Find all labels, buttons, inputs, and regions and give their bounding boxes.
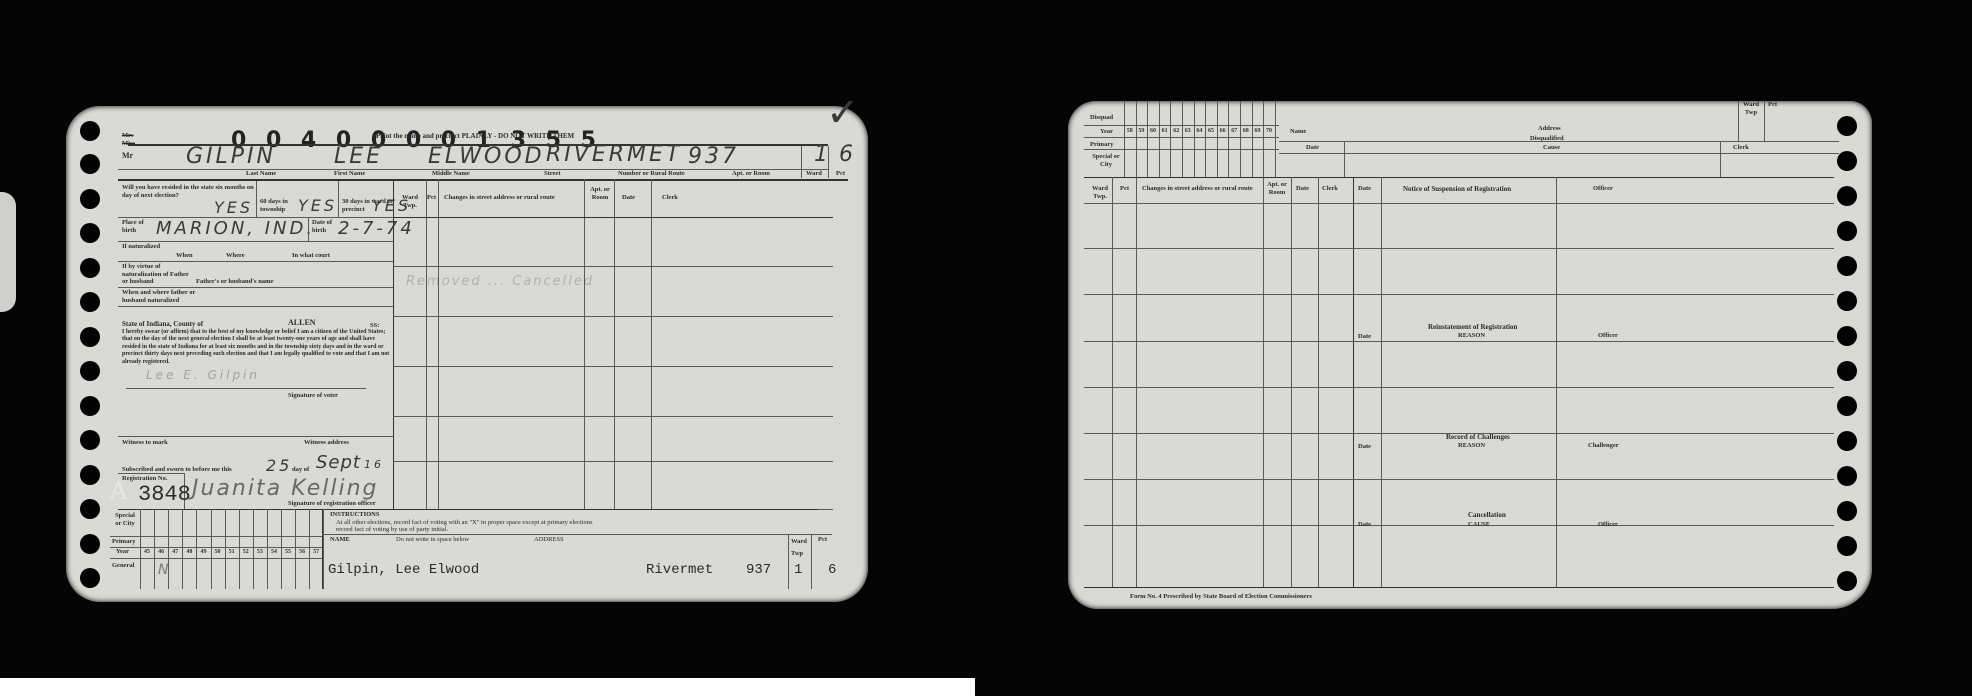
vote-year-label: 51 (226, 549, 238, 555)
punch-hole (1837, 326, 1857, 346)
q-state-label: Will you have resided in the state six m… (122, 184, 262, 199)
oath-text: I hereby swear (or affirm) that to the b… (122, 329, 390, 366)
punch-hole (1837, 361, 1857, 381)
challenges-date-label: Date (1358, 443, 1371, 451)
street-value: RIVERMET (546, 142, 682, 167)
vote-year-label: 47 (169, 549, 181, 555)
checkmark: ✓ (826, 90, 863, 136)
vote-year-label: 60 (1148, 128, 1158, 134)
instr-name-label: NAME (330, 536, 350, 544)
pct-value: 6 (839, 142, 856, 167)
punch-hole (80, 327, 100, 347)
back-changes-address: Changes in street address or rural route (1142, 185, 1253, 193)
cancellation-title: Cancellation (1468, 511, 1506, 520)
changes-header-address: Changes in street address or rural route (444, 194, 555, 202)
pct-label: Pct (836, 170, 845, 178)
vote-year-label: 66 (1218, 128, 1228, 134)
reinstatement-officer-label: Officer (1598, 332, 1618, 340)
vote-year-label: 54 (268, 549, 280, 555)
punch-hole (1837, 536, 1857, 556)
changes-header-date: Date (622, 194, 635, 202)
last-name-value: GILPIN (186, 144, 276, 169)
instr-address-label: ADDRESS (534, 536, 564, 544)
transfer-ward-label: Ward Twp (1741, 101, 1761, 116)
vote-year-label: 64 (1195, 128, 1205, 134)
back-row-disqualified: Disquad (1090, 114, 1113, 122)
title-prefix: Mr (122, 151, 133, 160)
vote-year-label: 69 (1253, 128, 1263, 134)
street-label: Street (544, 170, 560, 178)
changes-header-pct: Pct (427, 194, 436, 202)
transfer-clerk-label: Clerk (1733, 144, 1749, 152)
suspension-title: Notice of Suspension of Registration (1403, 185, 1511, 194)
punch-hole (80, 189, 100, 209)
vote-year-label: 46 (155, 549, 167, 555)
nat-court-label: In what court (292, 252, 330, 260)
scan-margin (0, 678, 975, 696)
vote-row-general: General (112, 562, 134, 570)
general-vote-mark: N (158, 562, 171, 578)
reinstatement-date-label: Date (1358, 333, 1371, 341)
middle-name-label: Middle Name (432, 170, 470, 178)
back-row-primary: Primary (1090, 141, 1113, 149)
back-row-special: Special or City (1092, 153, 1120, 168)
vote-year-label: 65 (1206, 128, 1216, 134)
father-name-label: Father's or husband's name (196, 278, 273, 286)
q-state-value: YES (214, 198, 253, 217)
last-name-label: Last Name (246, 170, 276, 178)
cancellation-cause-label: CAUSE (1468, 521, 1490, 529)
witness-mark-label: Witness to mark (122, 439, 168, 447)
vote-year-label: 70 (1264, 128, 1274, 134)
first-name-value: LEE (334, 144, 383, 169)
instructions-line2: record fact of voting by use of party in… (336, 526, 448, 534)
transfer-cause-label: Cause (1543, 144, 1560, 152)
month-value: Sept (316, 452, 361, 473)
vote-row-primary: Primary (112, 538, 135, 546)
birth-place-value: MARION, IND. (156, 218, 315, 239)
changes-faint-entry: Removed ... Cancelled (406, 274, 594, 289)
challenges-reason-label: REASON (1458, 442, 1485, 450)
changes-header-clerk: Clerk (662, 194, 678, 202)
vote-year-label: 59 (1137, 128, 1147, 134)
suspension-officer-label: Officer (1593, 185, 1613, 193)
back-changes-ward: Ward Twp. (1088, 185, 1112, 200)
apt-label: Apt. or Room (732, 170, 770, 178)
typed-ward: 1 (794, 562, 802, 578)
officer-signature: Juanita Kelling (192, 476, 379, 501)
vote-year-label: 58 (1125, 128, 1135, 134)
punch-hole (1837, 151, 1857, 171)
punch-hole (1837, 291, 1857, 311)
punch-hole (1837, 396, 1857, 416)
punch-hole (1837, 256, 1857, 276)
witness-address-label: Witness address (304, 439, 349, 447)
day-value: 25 (266, 456, 292, 475)
suspension-date-label: Date (1358, 185, 1371, 193)
punch-hole (80, 154, 100, 174)
middle-name-value: ELWOOD (428, 144, 545, 169)
vote-year-label: 61 (1160, 128, 1170, 134)
punch-hole (80, 568, 100, 588)
back-changes-apt: Apt. or Room (1266, 181, 1288, 196)
adjacent-card-edge (0, 192, 16, 312)
punch-hole (80, 396, 100, 416)
transfer-pct-label: Pct (1768, 101, 1777, 109)
house-number-value: 937 (688, 144, 739, 169)
back-changes-date: Date (1296, 185, 1309, 193)
instructions-title: INSTRUCTIONS (330, 511, 380, 519)
title-prefix-struck: MrsMiss (122, 132, 135, 147)
punch-hole (1837, 571, 1857, 591)
punch-hole (80, 499, 100, 519)
transfer-date-label: Date (1306, 144, 1319, 152)
birth-place-label: Place of birth (122, 219, 150, 234)
vote-year-label: 57 (310, 549, 322, 555)
vote-year-label: 45 (141, 549, 153, 555)
punch-hole (1837, 501, 1857, 521)
vote-year-label: 53 (254, 549, 266, 555)
vote-year-label: 68 (1241, 128, 1251, 134)
registration-card-front: 0 0 4 0 0 0 0 1 3 5 5 Print the name and… (66, 106, 868, 602)
number-label: Number or Rural Route (618, 170, 685, 178)
punch-hole (1837, 116, 1857, 136)
punch-hole (1837, 186, 1857, 206)
challenges-challenger-label: Challenger (1588, 442, 1619, 450)
vote-year-label: 48 (183, 549, 195, 555)
typed-street: Rivermet (646, 562, 713, 578)
punch-hole (80, 121, 100, 141)
officer-signature-label: Signature of registration officer (288, 500, 376, 508)
naturalized-label: If naturalized (122, 243, 162, 251)
cancellation-date-label: Date (1358, 521, 1371, 529)
vote-year-label: 50 (212, 549, 224, 555)
vote-row-year: Year (116, 548, 129, 556)
year-value: 16 (364, 458, 384, 471)
q-township-value: YES (298, 196, 337, 215)
side-letter: A (110, 477, 127, 505)
first-name-label: First Name (334, 170, 365, 178)
father-nat-label: When and where father or husband natural… (122, 289, 202, 304)
transfer-address-label: Address (1538, 125, 1561, 133)
punch-hole (1837, 221, 1857, 241)
punch-hole (80, 430, 100, 450)
vote-year-label: 52 (240, 549, 252, 555)
cancellation-officer-label: Officer (1598, 521, 1618, 529)
nat-where-label: Where (226, 252, 245, 260)
day-of-label: day of (292, 466, 309, 474)
punch-hole (80, 223, 100, 243)
punch-hole (1837, 431, 1857, 451)
state-county-label: State of Indiana, County of (122, 320, 203, 329)
reinstatement-title: Reinstatement of Registration (1428, 323, 1517, 332)
punch-hole (80, 361, 100, 381)
back-row-year: Year (1100, 128, 1113, 136)
challenges-title: Record of Challenges (1446, 433, 1510, 442)
nat-when-label: When (176, 252, 193, 260)
instr-ward-label: Ward Twp (791, 536, 811, 560)
punch-hole (80, 465, 100, 485)
punch-hole (80, 258, 100, 278)
voter-signature-faint: Lee E. Gilpin (146, 368, 260, 382)
registration-no-value: 3848 (138, 482, 191, 507)
county-value: ALLEN (288, 318, 316, 327)
punch-hole (1837, 466, 1857, 486)
back-changes-clerk: Clerk (1322, 185, 1338, 193)
changes-header-ward: Ward Twp. (396, 194, 424, 209)
vote-year-label: 55 (282, 549, 294, 555)
voter-signature-label: Signature of voter (288, 392, 338, 400)
instr-pct-label: Pct (818, 536, 827, 544)
punch-hole (80, 534, 100, 554)
punch-hole (80, 292, 100, 312)
transfer-name-label: Name (1290, 128, 1306, 136)
vote-year-label: 56 (296, 549, 308, 555)
back-changes-pct: Pct (1120, 185, 1129, 193)
header-instruction: Print the name and precinct PLAINLY - DO… (376, 132, 574, 141)
typed-name: Gilpin, Lee Elwood (328, 562, 479, 578)
vote-year-label: 63 (1183, 128, 1193, 134)
vote-row-special: Special or City (112, 512, 138, 527)
nat-virtue-label: If by virtue of naturalization of Father… (122, 263, 192, 286)
vote-year-label: 49 (197, 549, 209, 555)
vote-year-label: 67 (1229, 128, 1239, 134)
vote-year-label: 62 (1171, 128, 1181, 134)
instr-name-note: Do not write in space below (396, 536, 469, 544)
form-footer: Form No. 4 Prescribed by State Board of … (1130, 593, 1312, 601)
ward-label: Ward (806, 170, 822, 178)
registration-card-back: Disquad Year Primary Special or City 585… (1068, 101, 1872, 609)
typed-number: 937 (746, 562, 771, 578)
reinstatement-reason-label: REASON (1458, 332, 1485, 340)
birth-date-value: 2-7-74 (338, 218, 415, 239)
changes-header-apt: Apt. or Room (588, 186, 612, 201)
typed-pct: 6 (828, 562, 836, 578)
